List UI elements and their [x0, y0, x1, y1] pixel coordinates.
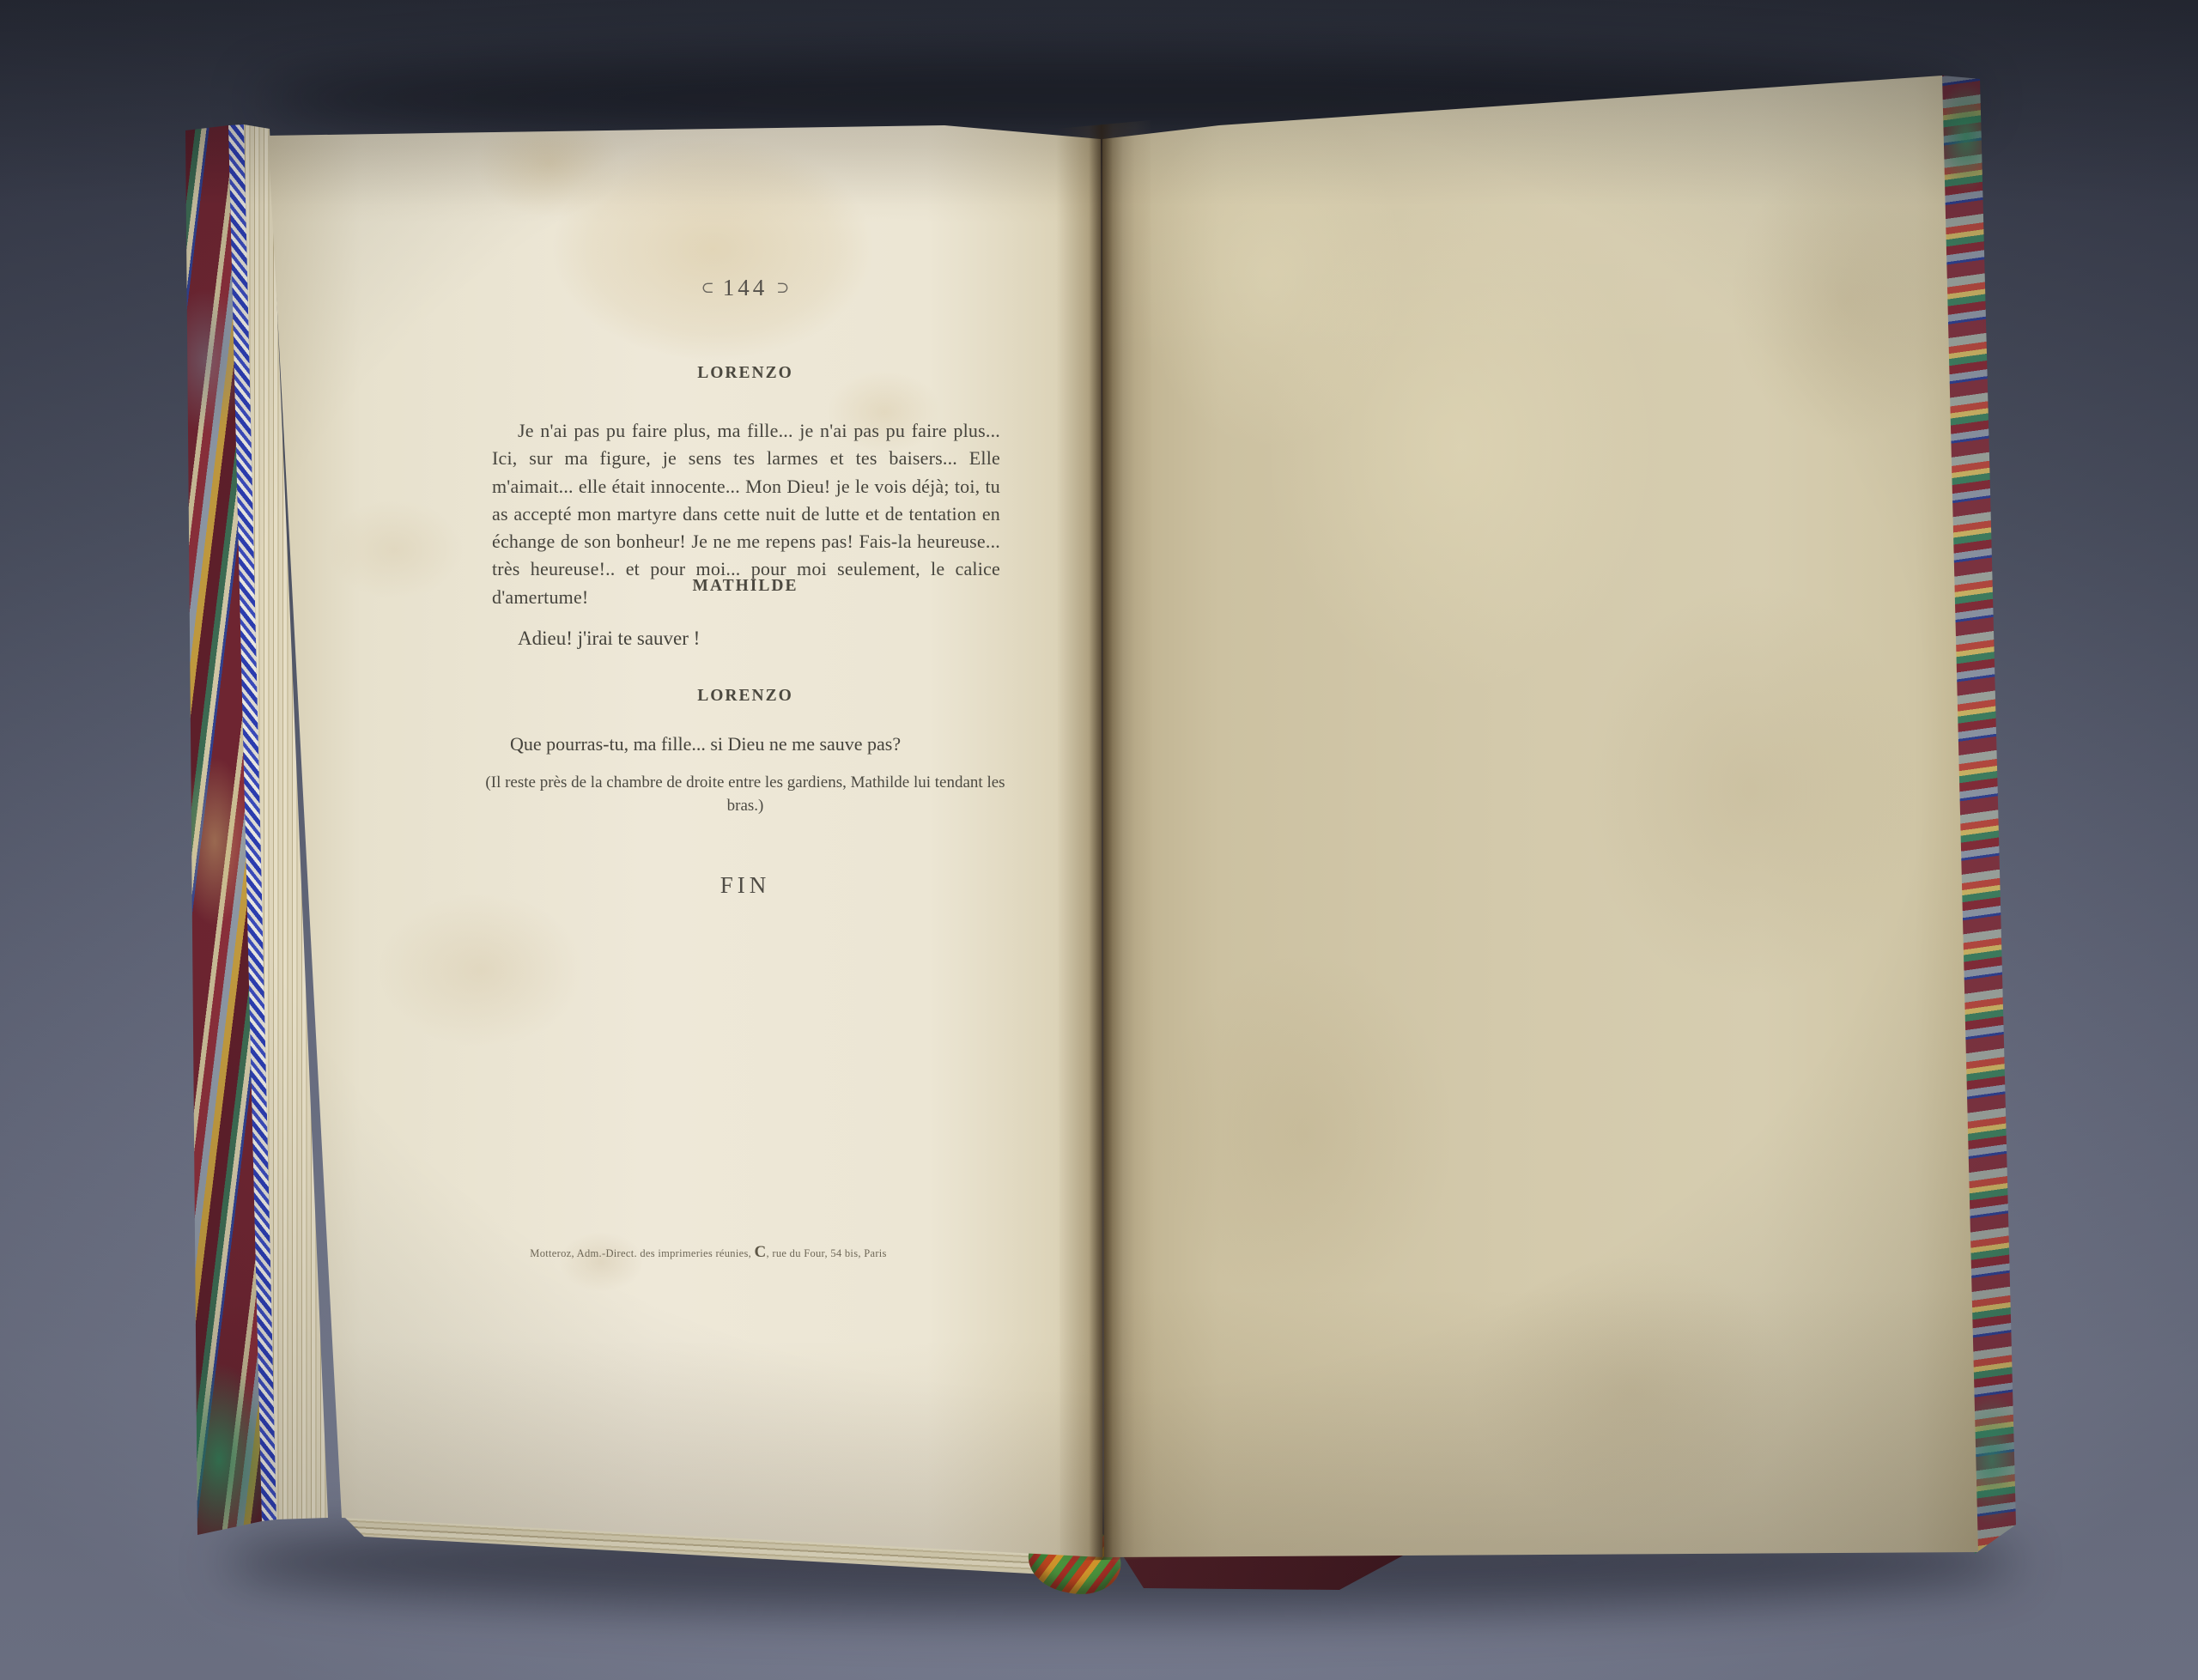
photo-vignette: [0, 0, 2198, 1680]
photo-canvas: ⊂144⊃ LORENZO Je n'ai pas pu faire plus,…: [0, 0, 2198, 1680]
